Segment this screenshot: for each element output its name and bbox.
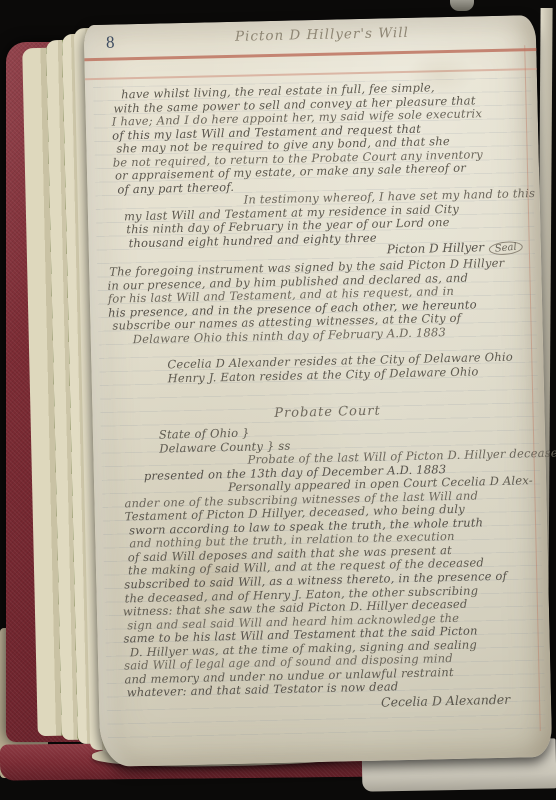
ledger-page: 8 Picton D Hillyer's Will have whilst li… xyxy=(84,15,553,767)
page-number: 8 xyxy=(106,33,115,53)
probate-text: State of Ohio }Delaware County } ssProba… xyxy=(109,419,545,700)
clasp xyxy=(450,0,474,11)
testator-signature-name: Picton D Hillyer xyxy=(387,240,485,256)
seal-mark: Seal xyxy=(489,240,524,256)
header-rule-top xyxy=(84,48,536,61)
header-rule-bottom xyxy=(85,68,537,80)
attestation-text: The foregoing instrument was signed by t… xyxy=(105,255,537,346)
page-title: Picton D Hillyer's Will xyxy=(154,23,490,47)
witness-signature: Cecelia D Alexander xyxy=(381,692,510,710)
witness-residence-text: Cecelia D Alexander resides at the City … xyxy=(107,349,538,386)
testator-signature: Picton D HillyerSeal xyxy=(387,239,524,257)
court-heading: Probate Court xyxy=(242,403,412,422)
will-body-text: have whilst living, the real estate in f… xyxy=(101,78,535,250)
